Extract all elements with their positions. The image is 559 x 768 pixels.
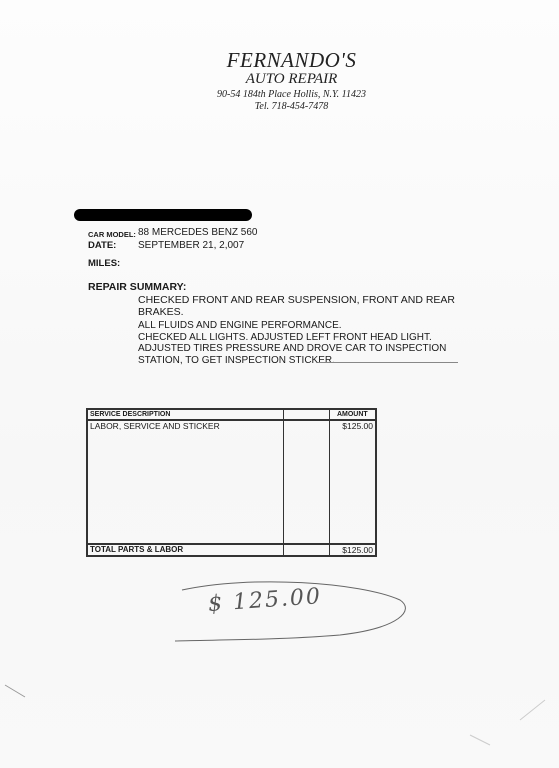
invoice-page: FERNANDO'S AUTO REPAIR 90-54 184th Place… (0, 0, 559, 768)
handwriting-oval (0, 0, 559, 768)
